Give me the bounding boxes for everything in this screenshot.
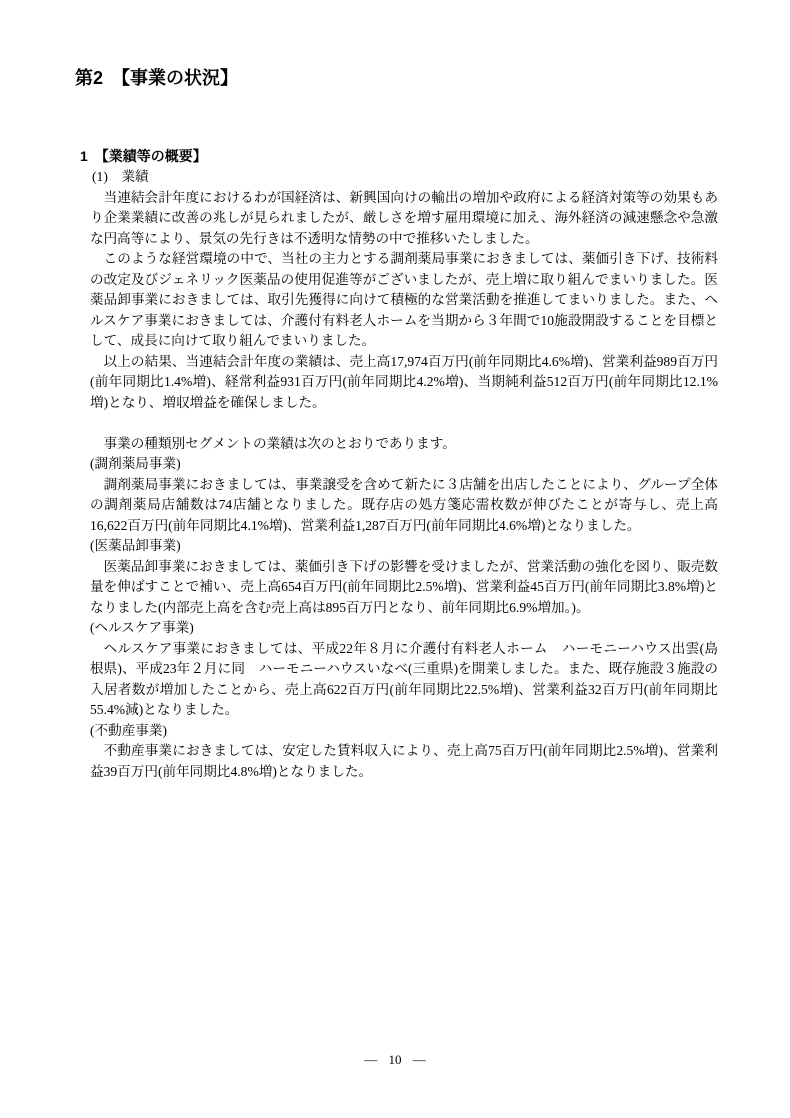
document-content: 第2 【事業の状況】 1 【業績等の概要】 (1) 業績 当連結会計年度における… [0,0,790,782]
segment-healthcare-body: ヘルスケア事業におきましては、平成22年８月に介護付有料老人ホーム ハーモニーハ… [90,639,718,721]
segment-realestate-body: 不動産事業におきましては、安定した賃料収入により、売上高75百万円(前年同期比2… [90,741,718,782]
paragraph-economic-overview: 当連結会計年度におけるわが国経済は、新興国向けの輸出の増加や政府による経済対策等… [90,188,718,250]
subsection-title: (1) 業績 [92,167,718,188]
segment-realestate: (不動産事業) 不動産事業におきましては、安定した賃料収入により、売上高75百万… [90,721,718,783]
chapter-title: 第2 【事業の状況】 [75,66,718,90]
document-page: 第2 【事業の状況】 1 【業績等の概要】 (1) 業績 当連結会計年度における… [0,0,790,1118]
segment-intro: 事業の種類別セグメントの業績は次のとおりであります。 [90,434,718,455]
paragraph-consolidated-results: 以上の結果、当連結会計年度の業績は、売上高17,974百万円(前年同期比4.6%… [90,352,718,414]
segment-pharmacy-heading: (調剤薬局事業) [90,454,718,475]
segment-healthcare-heading: (ヘルスケア事業) [90,618,718,639]
page-number: — 10 — [0,1052,790,1068]
segment-healthcare: (ヘルスケア事業) ヘルスケア事業におきましては、平成22年８月に介護付有料老人… [90,618,718,721]
segment-wholesale-body: 医薬品卸事業におきましては、薬価引き下げの影響を受けましたが、営業活動の強化を図… [90,557,718,619]
body-text: 当連結会計年度におけるわが国経済は、新興国向けの輸出の増加や政府による経済対策等… [90,188,718,783]
section-title: 1 【業績等の概要】 [80,146,718,167]
segment-pharmacy: (調剤薬局事業) 調剤薬局事業におきましては、事業譲受を含めて新たに３店舗を出店… [90,454,718,536]
segment-wholesale-heading: (医薬品卸事業) [90,536,718,557]
paragraph-business-environment: このような経営環境の中で、当社の主力とする調剤薬局事業におきましては、薬価引き下… [90,249,718,352]
segment-wholesale: (医薬品卸事業) 医薬品卸事業におきましては、薬価引き下げの影響を受けましたが、… [90,536,718,618]
segment-realestate-heading: (不動産事業) [90,721,718,742]
segment-pharmacy-body: 調剤薬局事業におきましては、事業譲受を含めて新たに３店舗を出店したことにより、グ… [90,475,718,537]
